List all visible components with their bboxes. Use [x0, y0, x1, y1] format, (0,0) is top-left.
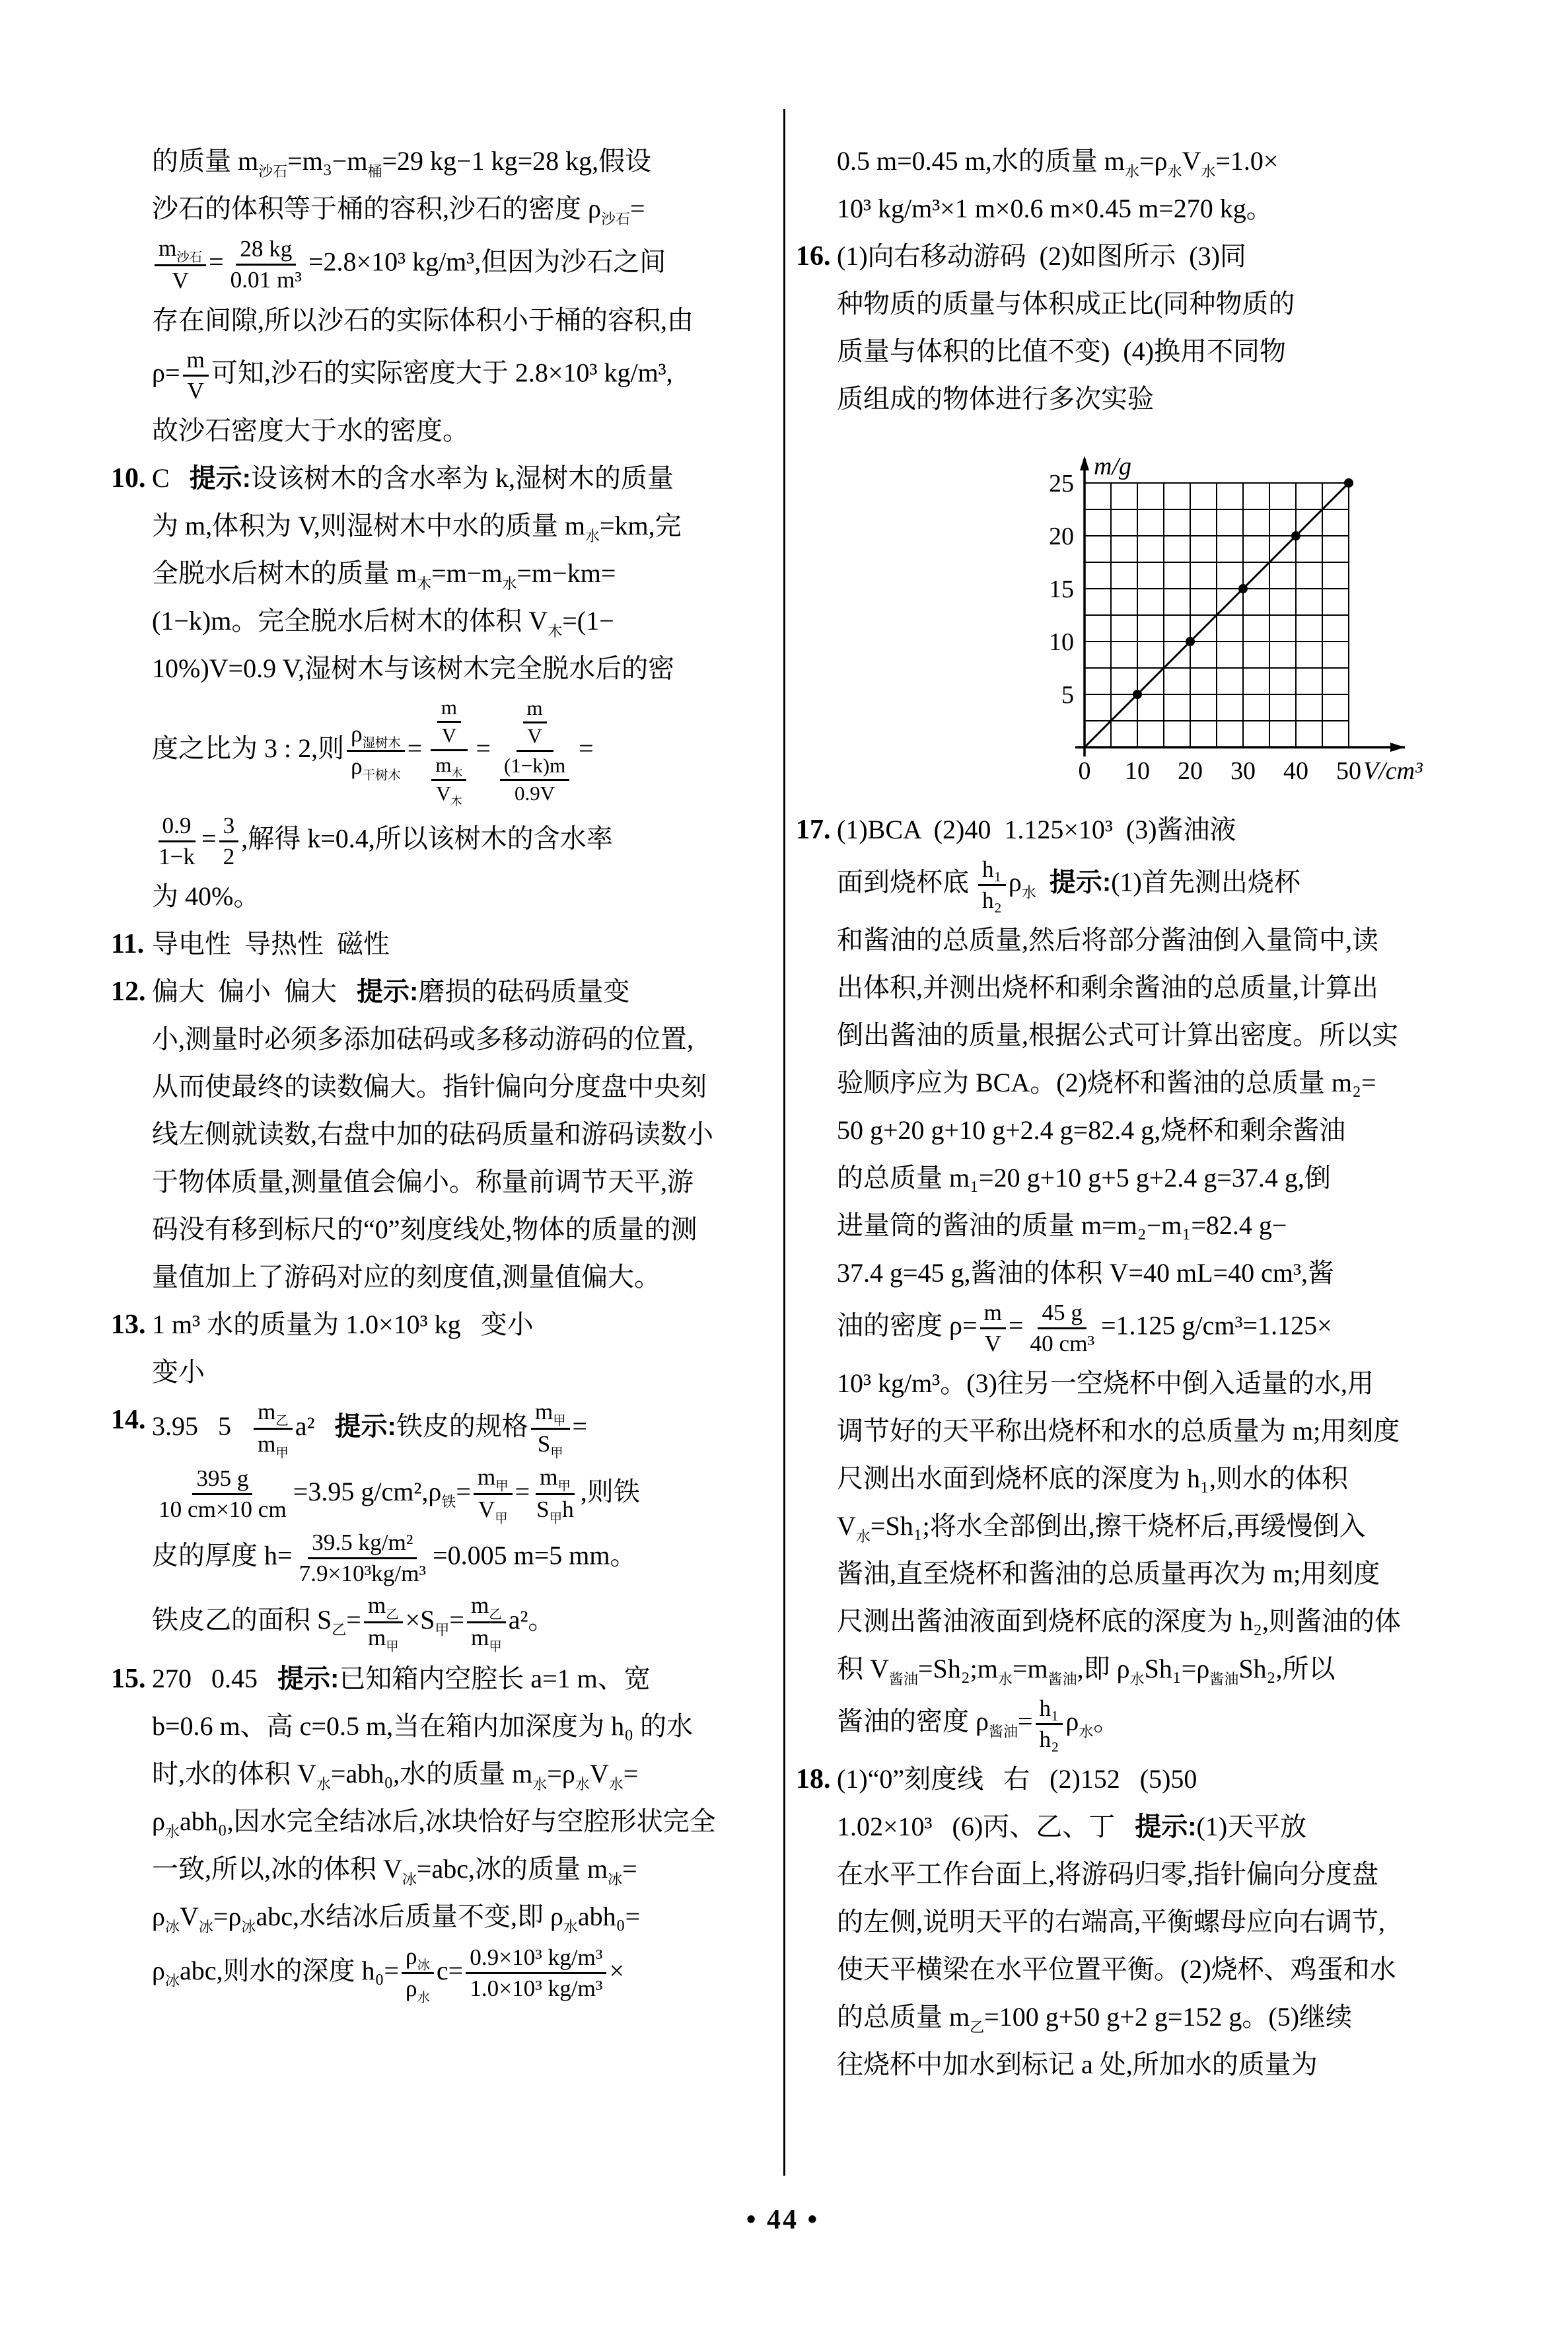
item-number: 15. [111, 1655, 146, 1703]
fraction-numerator: m甲 [531, 1397, 570, 1430]
fraction: ρ湿树木ρ干树木 [347, 720, 405, 782]
subscript: 水 [998, 1671, 1013, 1687]
fraction-denominator: 0.01 m³ [227, 266, 306, 295]
text-line: 1 m³ 水的质量为 1.0×10³ kg 变小 [152, 1301, 758, 1348]
text-line: 酱油,直至烧杯和酱油的总质量再次为 m;用刻度 [837, 1550, 1450, 1598]
x-tick-label: 40 [1283, 757, 1308, 785]
subscript: 甲 [495, 1480, 508, 1494]
text-line: 的总质量 m乙=100 g+50 g+2 g=152 g。(5)继续 [837, 1993, 1450, 2041]
data-point [1186, 637, 1195, 646]
data-point [1133, 690, 1142, 699]
subscript: 水 [417, 1991, 430, 2005]
subscript: 水 [1167, 163, 1182, 180]
subscript: 水 [609, 1776, 624, 1792]
text-line: 积 V酱油=Sh₂;m水=m酱油,即 ρ水Sh₁=ρ酱油Sh₂,所以 [837, 1645, 1450, 1693]
text-line: 倒出酱油的质量,根据公式可计算出密度。所以实 [837, 1012, 1450, 1059]
fraction: m乙m甲 [254, 1397, 293, 1460]
text-line: 变小 [152, 1348, 758, 1396]
text-line: 度之比为 3 : 2,则ρ湿树木ρ干树木=mVm木V木=mV(1−k)m0.9V… [152, 692, 758, 810]
fraction-denominator: V木 [432, 781, 466, 807]
text-line: 铁皮乙的面积 S乙=m乙m甲×S甲=m乙m甲a²。 [152, 1590, 758, 1655]
x-tick-label: 10 [1125, 757, 1150, 785]
fraction-numerator: m [183, 346, 209, 377]
subscript: 冰 [608, 1871, 622, 1888]
subscript: 甲 [275, 1447, 288, 1461]
text-line: ρ冰V冰=ρ冰abc,水结冰后质量不变,即 ρ水abh₀= [152, 1893, 758, 1940]
answer-item-18: 18.(1)“0”刻度线 右 (2)152 (5)501.02×10³ (6)丙… [796, 1755, 1450, 2088]
text-line: 和酱油的总质量,然后将部分酱油倒入量筒中,读 [837, 916, 1450, 964]
subscript: 水 [1130, 1671, 1145, 1687]
fraction: h₁h₂ [978, 855, 1006, 915]
data-point [1238, 584, 1248, 593]
y-tick-label: 20 [1049, 523, 1074, 550]
fraction-numerator: ρ冰 [402, 1942, 434, 1974]
fraction-denominator: m甲 [364, 1623, 403, 1654]
fraction-denominator: ρ干树木 [347, 752, 405, 782]
subscript: 水 [1022, 885, 1036, 901]
fraction: 0.91−k [155, 811, 199, 871]
fraction-denominator: V甲 [474, 1495, 512, 1526]
y-tick-label: 25 [1049, 470, 1074, 498]
fraction-numerator: m [523, 696, 547, 723]
subscript: 水 [575, 1776, 590, 1792]
left-column: 的质量 m沙石=m₃−m桶=29 kg−1 kg=28 kg,假设沙石的体积等于… [111, 137, 758, 2006]
hint-label: 提示: [1050, 868, 1111, 897]
text-line: 验顺序应为 BCA。(2)烧杯和酱油的总质量 m₂= [837, 1059, 1450, 1107]
fraction: mV [183, 346, 209, 406]
text-line: 0.5 m=0.45 m,水的质量 m水=ρ水V水=1.0× [837, 137, 1450, 185]
subscript: 乙 [332, 1622, 346, 1639]
fraction: mV(1−k)m0.9V [493, 694, 576, 808]
text-line: 面到烧杯底 h₁h₂ρ水 提示:(1)首先测出烧杯 [837, 854, 1450, 916]
subscript: 酱油 [1048, 1671, 1077, 1687]
x-tick-label: 20 [1178, 757, 1203, 785]
fraction: m木V木 [431, 753, 466, 807]
x-axis-arrow [1390, 743, 1405, 752]
text-line: 37.4 g=45 g,酱油的体积 V=40 mL=40 cm³,酱 [837, 1249, 1450, 1297]
text-line: 偏大 偏小 偏大 提示:磨损的砝码质量变 [152, 968, 758, 1015]
fraction-denominator: m甲 [467, 1623, 506, 1654]
subscript: 冰 [165, 1919, 180, 1935]
text-line: 10%)V=0.9 V,湿树木与该树木完全脱水后的密 [152, 645, 758, 692]
text-line: 沙石的体积等于桶的容积,沙石的密度 ρ沙石= [152, 185, 758, 233]
fraction: mV [437, 695, 461, 748]
answer-key-page: 的质量 m沙石=m₃−m桶=29 kg−1 kg=28 kg,假设沙石的体积等于… [0, 0, 1568, 2325]
item-number: 16. [796, 233, 831, 280]
data-point [1344, 478, 1353, 488]
subscript: 水 [532, 1776, 547, 1792]
subscript: 乙 [275, 1415, 288, 1428]
fraction-numerator: m木 [431, 753, 466, 781]
fraction-numerator: mV [517, 694, 553, 752]
subscript: 甲 [550, 1512, 562, 1526]
text-line: 导电性 导热性 磁性 [152, 920, 758, 968]
text-line: ρ冰abc,则水的深度 h₀=ρ冰ρ水c=0.9×10³ kg/m³1.0×10… [152, 1940, 758, 2006]
fraction: m沙石V [155, 234, 206, 295]
text-line: 质组成的物体进行多次实验 [837, 375, 1450, 423]
subscript: 水 [1079, 1724, 1093, 1740]
mass-volume-chart: 51015202501020304050m/gV/cm³ [1032, 440, 1450, 797]
text-line: 尺测出酱油液面到烧杯底的深度为 h₂,则酱油的体 [837, 1598, 1450, 1645]
fraction: mV [980, 1298, 1006, 1358]
fraction-denominator: V [981, 1329, 1005, 1358]
item-number: 17. [796, 806, 831, 854]
page-number: • 44 • [677, 2204, 888, 2236]
fraction-denominator: V [184, 377, 208, 406]
fraction: 39.5 kg/m²7.9×10³kg/m³ [295, 1528, 430, 1588]
fraction-denominator: 7.9×10³kg/m³ [295, 1559, 430, 1588]
fraction: m乙m甲 [467, 1591, 506, 1654]
subscript: 酱油 [889, 1671, 918, 1687]
text-line: 故沙石密度大于水的密度。 [152, 407, 758, 455]
subscript: 冰 [417, 1959, 430, 1973]
text-line: 的左侧,说明天平的右端高,平衡螺母应向右调节, [837, 1898, 1450, 1946]
text-line: 395 g10 cm×10 cm=3.95 g/cm²,ρ铁=m甲V甲=m甲S甲… [152, 1461, 758, 1527]
chart-svg: 51015202501020304050m/gV/cm³ [1032, 440, 1441, 797]
text-line: 在水平工作台面上,将游码归零,指针偏向分度盘 [837, 1851, 1450, 1898]
text-line: 小,测量时必须多添加砝码或多移动游码的位置, [152, 1015, 758, 1063]
subscript: 甲 [557, 1480, 570, 1494]
subscript: 甲 [386, 1641, 398, 1654]
text-line: (1−k)m。完全脱水后树木的体积 V木=(1− [152, 597, 758, 645]
fraction-numerator: h₁ [1036, 1694, 1063, 1725]
text-line: 为 40%。 [152, 873, 758, 920]
fraction: 395 g10 cm×10 cm [155, 1464, 291, 1524]
text-line: 的总质量 m₁=20 g+10 g+5 g+2.4 g=37.4 g,倒 [837, 1154, 1450, 1202]
text-line: V水=Sh₁;将水全部倒出,擦干烧杯后,再缓慢倒入 [837, 1502, 1450, 1550]
fraction-denominator: ρ水 [402, 1974, 434, 2005]
text-line: 270 0.45 提示:已知箱内空腔长 a=1 m、宽 [152, 1655, 758, 1703]
y-tick-label: 10 [1049, 628, 1074, 656]
subscript: 酱油 [989, 1724, 1018, 1740]
text-line: 调节好的天平称出烧杯和水的总质量为 m;用刻度 [837, 1407, 1450, 1455]
item-number: 11. [111, 920, 144, 968]
subscript: 桶 [367, 163, 382, 180]
text-line: 出体积,并测出烧杯和剩余酱油的总质量,计算出 [837, 964, 1450, 1012]
fraction-denominator: (1−k)m0.9V [493, 752, 576, 807]
fraction-denominator: V [523, 723, 546, 749]
text-line: 一致,所以,冰的体积 V冰=abc,冰的质量 m冰= [152, 1845, 758, 1893]
fraction-numerator: 28 kg [236, 235, 296, 266]
text-line: 的质量 m沙石=m₃−m桶=29 kg−1 kg=28 kg,假设 [152, 137, 758, 185]
fraction: mVm木V木 [425, 694, 473, 809]
subscript: 木 [451, 767, 462, 780]
text-line: 量值加上了游码对应的刻度值,测量值偏大。 [152, 1253, 758, 1301]
data-point [1291, 531, 1301, 540]
fraction-numerator: m [437, 695, 461, 723]
fraction-numerator: m [980, 1298, 1006, 1329]
item-number: 13. [111, 1301, 146, 1348]
text-line: 尺测出水面到烧杯底的深度为 h₁,则水的体积 [837, 1455, 1450, 1502]
fraction-numerator: 3 [219, 811, 239, 842]
text-line: b=0.6 m、高 c=0.5 m,当在箱内加深度为 h₀ 的水 [152, 1703, 758, 1750]
fraction: 32 [219, 811, 239, 871]
right-column: 0.5 m=0.45 m,水的质量 m水=ρ水V水=1.0×10³ kg/m³×… [796, 137, 1450, 2088]
fraction-numerator: 0.9 [159, 811, 196, 842]
text-line: 酱油的密度 ρ酱油=h₁h₂ρ水。 [837, 1693, 1450, 1755]
text-line: C 提示:设该树木的含水率为 k,湿树木的质量 [152, 455, 758, 502]
subscript: 水 [1125, 163, 1139, 180]
subscript: 甲 [489, 1641, 501, 1654]
hint-label: 提示: [277, 1664, 339, 1693]
answer-item-17: 17.(1)BCA (2)40 1.125×10³ (3)酱油液面到烧杯底 h₁… [796, 806, 1450, 1755]
fraction-denominator: m甲 [254, 1430, 293, 1460]
subscript: 木 [548, 623, 562, 640]
text-line: 存在间隙,所以沙石的实际体积小于桶的容积,由 [152, 297, 758, 344]
fraction-denominator: 0.9V [511, 781, 559, 807]
hint-label: 提示: [190, 464, 251, 493]
hint-label: 提示: [334, 1412, 396, 1441]
subscript: 沙石 [258, 163, 287, 180]
y-tick-label: 5 [1061, 681, 1074, 709]
fraction-numerator: mV [431, 694, 468, 751]
fraction-denominator: S甲h [532, 1495, 578, 1526]
fraction: h₁h₂ [1036, 1694, 1063, 1754]
subscript: 木 [451, 795, 462, 808]
subscript: 冰 [402, 1871, 417, 1888]
subscript: 水 [585, 528, 600, 544]
hint-label: 提示: [357, 977, 418, 1006]
hint-label: 提示: [1135, 1812, 1196, 1841]
fraction-denominator: 2 [219, 842, 239, 871]
text-line: (1)向右移动游码 (2)如图所示 (3)同 [837, 233, 1450, 280]
subscript: 沙石 [176, 251, 202, 265]
y-axis-arrow [1080, 456, 1089, 470]
text-line: 1.02×10³ (6)丙、乙、丁 提示:(1)天平放 [837, 1803, 1450, 1851]
subscript: 水 [502, 575, 517, 592]
fraction-denominator: 10 cm×10 cm [155, 1495, 291, 1524]
answer-item-14: 14.3.95 5 m乙m甲a² 提示:铁皮的规格m甲S甲=395 g10 cm… [111, 1396, 758, 1655]
subscript: 甲 [495, 1512, 507, 1526]
subscript: 乙 [386, 1608, 398, 1622]
fraction-numerator: 39.5 kg/m² [308, 1528, 417, 1559]
text-line: 质量与体积的比值不变) (4)换用不同物 [837, 328, 1450, 375]
text-line: 10³ kg/m³。(3)往另一空烧杯中倒入适量的水,用 [837, 1360, 1450, 1407]
text-line: 时,水的体积 V水=abh₀,水的质量 m水=ρ水V水= [152, 1750, 758, 1798]
item-number: 14. [111, 1396, 146, 1444]
answer-item-12: 12.偏大 偏小 偏大 提示:磨损的砝码质量变小,测量时必须多添加砝码或多移动游… [111, 968, 758, 1301]
fraction-numerator: m沙石 [155, 234, 206, 266]
x-tick-label: 50 [1336, 757, 1361, 785]
fraction-denominator: h₂ [978, 886, 1006, 915]
fraction-numerator: m甲 [536, 1463, 575, 1495]
x-tick-label: 30 [1230, 757, 1256, 785]
fraction-denominator: V [438, 723, 460, 749]
subscript: 甲 [553, 1415, 565, 1428]
text-line: 于物体质量,测量值会偏小。称量前调节天平,游 [152, 1158, 758, 1206]
subscript: 水 [1201, 163, 1215, 180]
fraction-denominator: h₂ [1036, 1725, 1063, 1754]
subscript: 甲 [550, 1447, 563, 1461]
fraction: 0.9×10³ kg/m³1.0×10³ kg/m³ [466, 1943, 606, 2003]
fraction: ρ冰ρ水 [402, 1942, 434, 2005]
fraction-denominator: 40 cm³ [1026, 1329, 1098, 1358]
answer-item-16: 16.(1)向右移动游码 (2)如图所示 (3)同种物质的质量与体积成正比(同种… [796, 233, 1450, 797]
text-line: 皮的厚度 h=39.5 kg/m²7.9×10³kg/m³=0.005 m=5 … [152, 1527, 758, 1590]
text-line: 为 m,体积为 V,则湿树木中水的质量 m水=km,完 [152, 502, 758, 550]
fraction-numerator: 395 g [192, 1464, 252, 1495]
fraction-numerator: m甲 [474, 1463, 513, 1495]
y-axis-label: m/g [1094, 453, 1131, 480]
text-line: 码没有移到标尺的“0”刻度线处,物体的质量的测 [152, 1206, 758, 1253]
text-line: m沙石V=28 kg0.01 m³=2.8×10³ kg/m³,但因为沙石之间 [152, 233, 758, 297]
subscript: 冰 [241, 1919, 256, 1935]
fraction-numerator: m乙 [254, 1397, 293, 1430]
answer-item-10: 10.C 提示:设该树木的含水率为 k,湿树木的质量为 m,体积为 V,则湿树木… [111, 455, 758, 920]
answer-item-11: 11.导电性 导热性 磁性 [111, 920, 758, 968]
fraction: m甲S甲h [532, 1463, 578, 1526]
item-15-continuation: 0.5 m=0.45 m,水的质量 m水=ρ水V水=1.0×10³ kg/m³×… [796, 137, 1450, 233]
fraction: m甲S甲 [531, 1397, 570, 1460]
item-9-continuation: 的质量 m沙石=m₃−m桶=29 kg−1 kg=28 kg,假设沙石的体积等于… [111, 137, 758, 455]
fraction: m甲V甲 [474, 1463, 513, 1526]
text-line: 全脱水后树木的质量 m木=m−m水=m−km= [152, 550, 758, 597]
fraction-denominator: V [168, 266, 192, 295]
x-tick-label: 0 [1079, 757, 1091, 785]
fraction: mV [523, 696, 547, 749]
text-line: 线左侧就读数,右盘中加的砝码质量和游码读数小 [152, 1111, 758, 1158]
subscript: 冰 [199, 1919, 213, 1935]
fraction: 28 kg0.01 m³ [227, 235, 306, 295]
text-line: 使天平横梁在水平位置平衡。(2)烧杯、鸡蛋和水 [837, 1946, 1450, 1993]
fraction: 45 g40 cm³ [1026, 1298, 1098, 1358]
fraction-numerator: ρ湿树木 [347, 720, 405, 752]
text-line: (1)BCA (2)40 1.125×10³ (3)酱油液 [837, 806, 1450, 854]
subscript: 沙石 [601, 211, 630, 227]
fraction-denominator: 1.0×10³ kg/m³ [466, 1974, 606, 2003]
fraction-numerator: (1−k)m [500, 753, 569, 781]
subscript: 冰 [165, 1973, 180, 1989]
answer-item-13: 13.1 m³ 水的质量为 1.0×10³ kg 变小变小 [111, 1301, 758, 1396]
fraction-numerator: m乙 [364, 1591, 403, 1623]
subscript: 水 [856, 1528, 871, 1545]
subscript: 水 [316, 1776, 331, 1792]
subscript: 酱油 [1209, 1671, 1238, 1687]
text-line: 进量筒的酱油的质量 m=m₂−m₁=82.4 g− [837, 1202, 1450, 1249]
text-line: 3.95 5 m乙m甲a² 提示:铁皮的规格m甲S甲= [152, 1396, 758, 1461]
text-line: ρ水abh₀,因水完全结冰后,冰块恰好与空腔形状完全 [152, 1798, 758, 1845]
text-line: (1)“0”刻度线 右 (2)152 (5)50 [837, 1755, 1450, 1803]
subscript: 乙 [489, 1608, 501, 1622]
y-tick-label: 15 [1049, 575, 1074, 603]
fraction-numerator: 0.9×10³ kg/m³ [466, 1943, 606, 1974]
subscript: 水 [165, 1824, 180, 1840]
fraction-numerator: 45 g [1038, 1298, 1087, 1329]
item-number: 18. [796, 1755, 831, 1803]
answer-item-15: 15.270 0.45 提示:已知箱内空腔长 a=1 m、宽b=0.6 m、高 … [111, 1655, 758, 2006]
subscript: 铁 [441, 1494, 456, 1510]
text-line: 油的密度 ρ=mV=45 g40 cm³=1.125 g/cm³=1.125× [837, 1297, 1450, 1360]
item-number: 12. [111, 968, 146, 1015]
fraction: m乙m甲 [364, 1591, 403, 1654]
text-line: 从而使最终的读数偏大。指针偏向分度盘中央刻 [152, 1063, 758, 1111]
fraction-denominator: S甲 [534, 1430, 567, 1460]
subscript: 木 [417, 575, 431, 592]
text-line: ρ=mV可知,沙石的实际密度大于 2.8×10³ kg/m³, [152, 344, 758, 407]
fraction-denominator: 1−k [155, 842, 199, 871]
subscript: 甲 [435, 1622, 449, 1639]
text-line: 往烧杯中加水到标记 a 处,所加水的质量为 [837, 2041, 1450, 2088]
subscript: 乙 [970, 2019, 984, 2036]
subscript: 湿树木 [363, 737, 401, 751]
page-number-text: • 44 • [746, 2205, 819, 2235]
text-line: 种物质的质量与体积成正比(同种物质的 [837, 280, 1450, 328]
fraction-numerator: m乙 [467, 1591, 506, 1623]
text-line: 10³ kg/m³×1 m×0.6 m×0.45 m=270 kg。 [837, 185, 1450, 233]
text-line: 0.91−k=32,解得 k=0.4,所以该树木的含水率 [152, 810, 758, 873]
x-axis-label: V/cm³ [1363, 757, 1423, 785]
text-line: 50 g+20 g+10 g+2.4 g=82.4 g,烧杯和剩余酱油 [837, 1107, 1450, 1154]
column-divider [783, 109, 785, 2176]
fraction: (1−k)m0.9V [500, 753, 569, 806]
subscript: 水 [563, 1919, 578, 1935]
fraction-denominator: m木V木 [425, 751, 473, 808]
subscript: 干树木 [363, 769, 401, 783]
item-number: 10. [111, 455, 146, 502]
fraction-numerator: h₁ [978, 855, 1006, 886]
